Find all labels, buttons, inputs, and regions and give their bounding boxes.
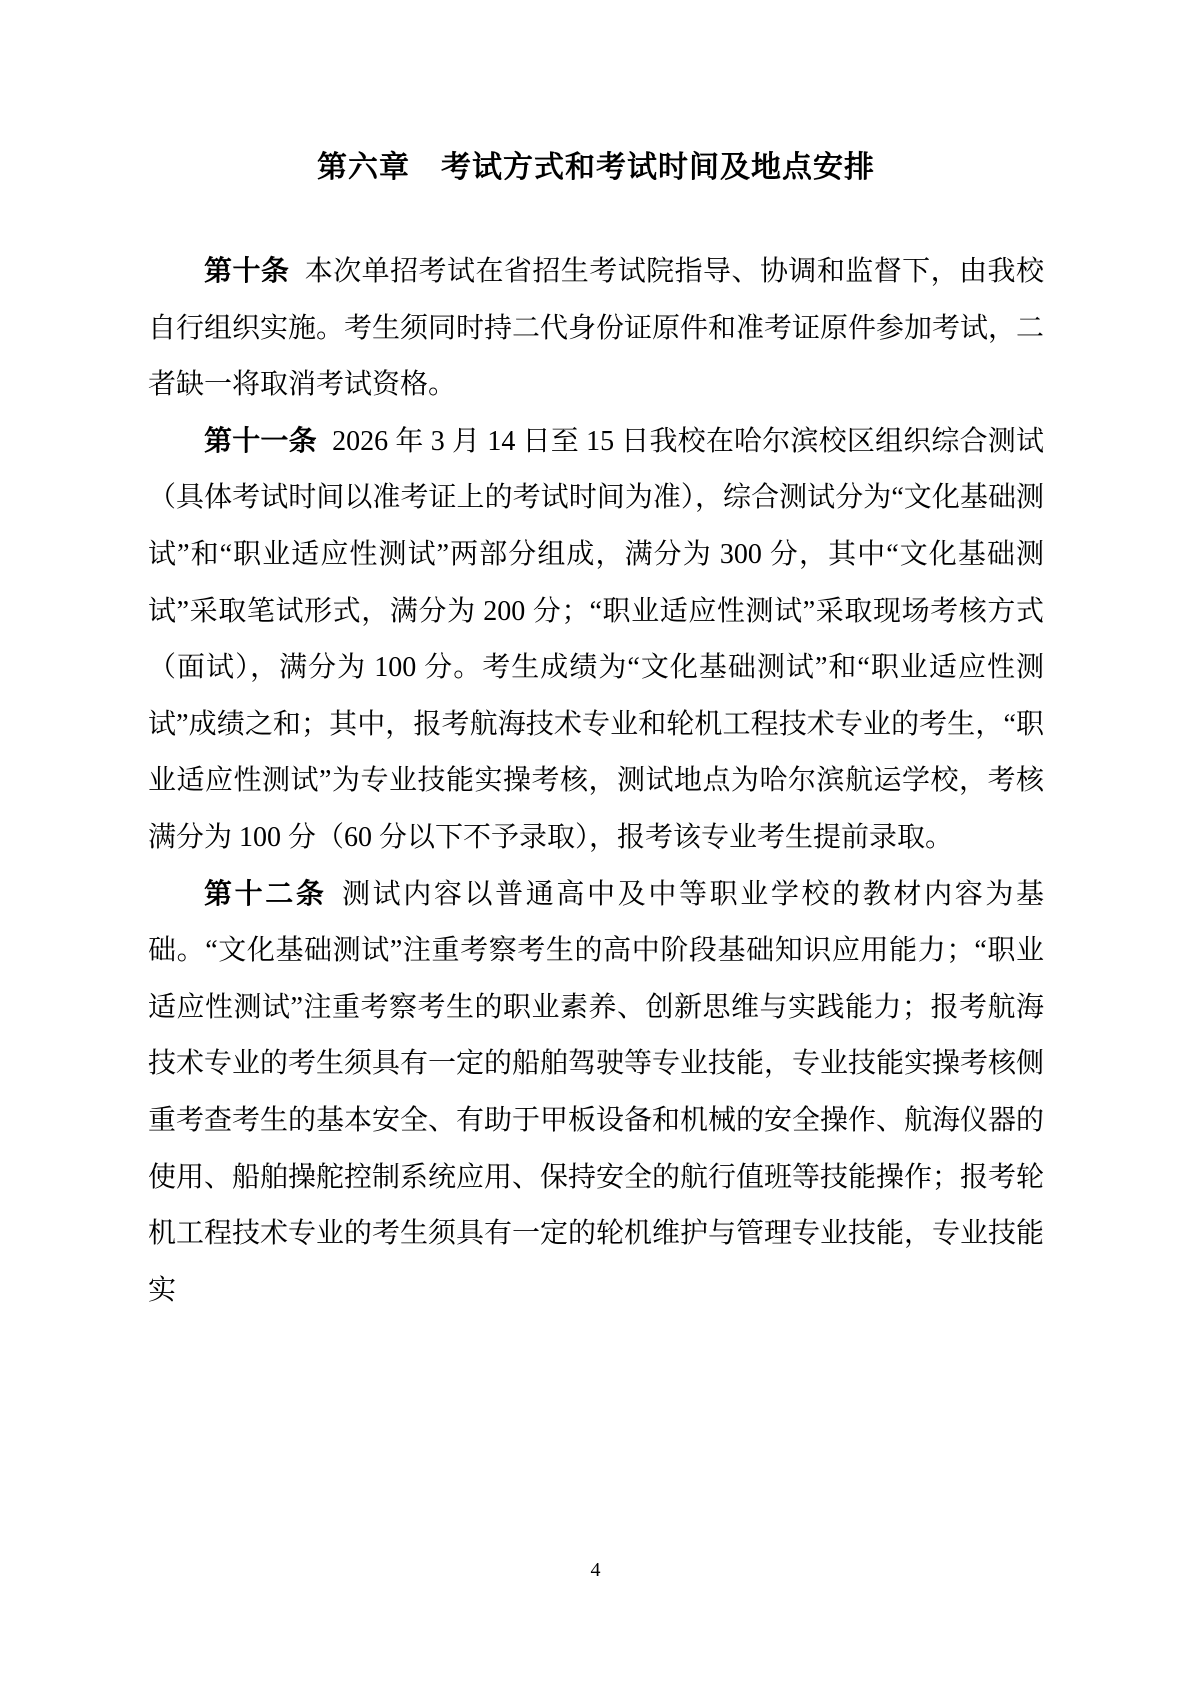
- article-11-lead: 第十一条: [204, 426, 317, 457]
- paragraph-list: 第十条本次单招考试在省招生考试院指导、协调和监督下，由我校自行组织实施。考生须同…: [148, 244, 1044, 1319]
- document-body: 第六章 考试方式和考试时间及地点安排 第十条本次单招考试在省招生考试院指导、协调…: [148, 140, 1044, 1319]
- article-11-text: 2026 年 3 月 14 日至 15 日我校在哈尔滨校区组织综合测试（具体考试…: [148, 426, 1044, 853]
- paragraph-article-10: 第十条本次单招考试在省招生考试院指导、协调和监督下，由我校自行组织实施。考生须同…: [148, 244, 1044, 414]
- article-12-text: 测试内容以普通高中及中等职业学校的教材内容为基础。“文化基础测试”注重考察考生的…: [148, 879, 1044, 1306]
- page-number: 4: [0, 1556, 1191, 1584]
- article-10-lead: 第十条: [204, 256, 289, 287]
- paragraph-article-11: 第十一条2026 年 3 月 14 日至 15 日我校在哈尔滨校区组织综合测试（…: [148, 414, 1044, 867]
- document-page: 第六章 考试方式和考试时间及地点安排 第十条本次单招考试在省招生考试院指导、协调…: [0, 0, 1191, 1684]
- chapter-title: 第六章 考试方式和考试时间及地点安排: [148, 140, 1044, 196]
- paragraph-article-12: 第十二条测试内容以普通高中及中等职业学校的教材内容为基础。“文化基础测试”注重考…: [148, 867, 1044, 1320]
- article-12-lead: 第十二条: [204, 879, 327, 910]
